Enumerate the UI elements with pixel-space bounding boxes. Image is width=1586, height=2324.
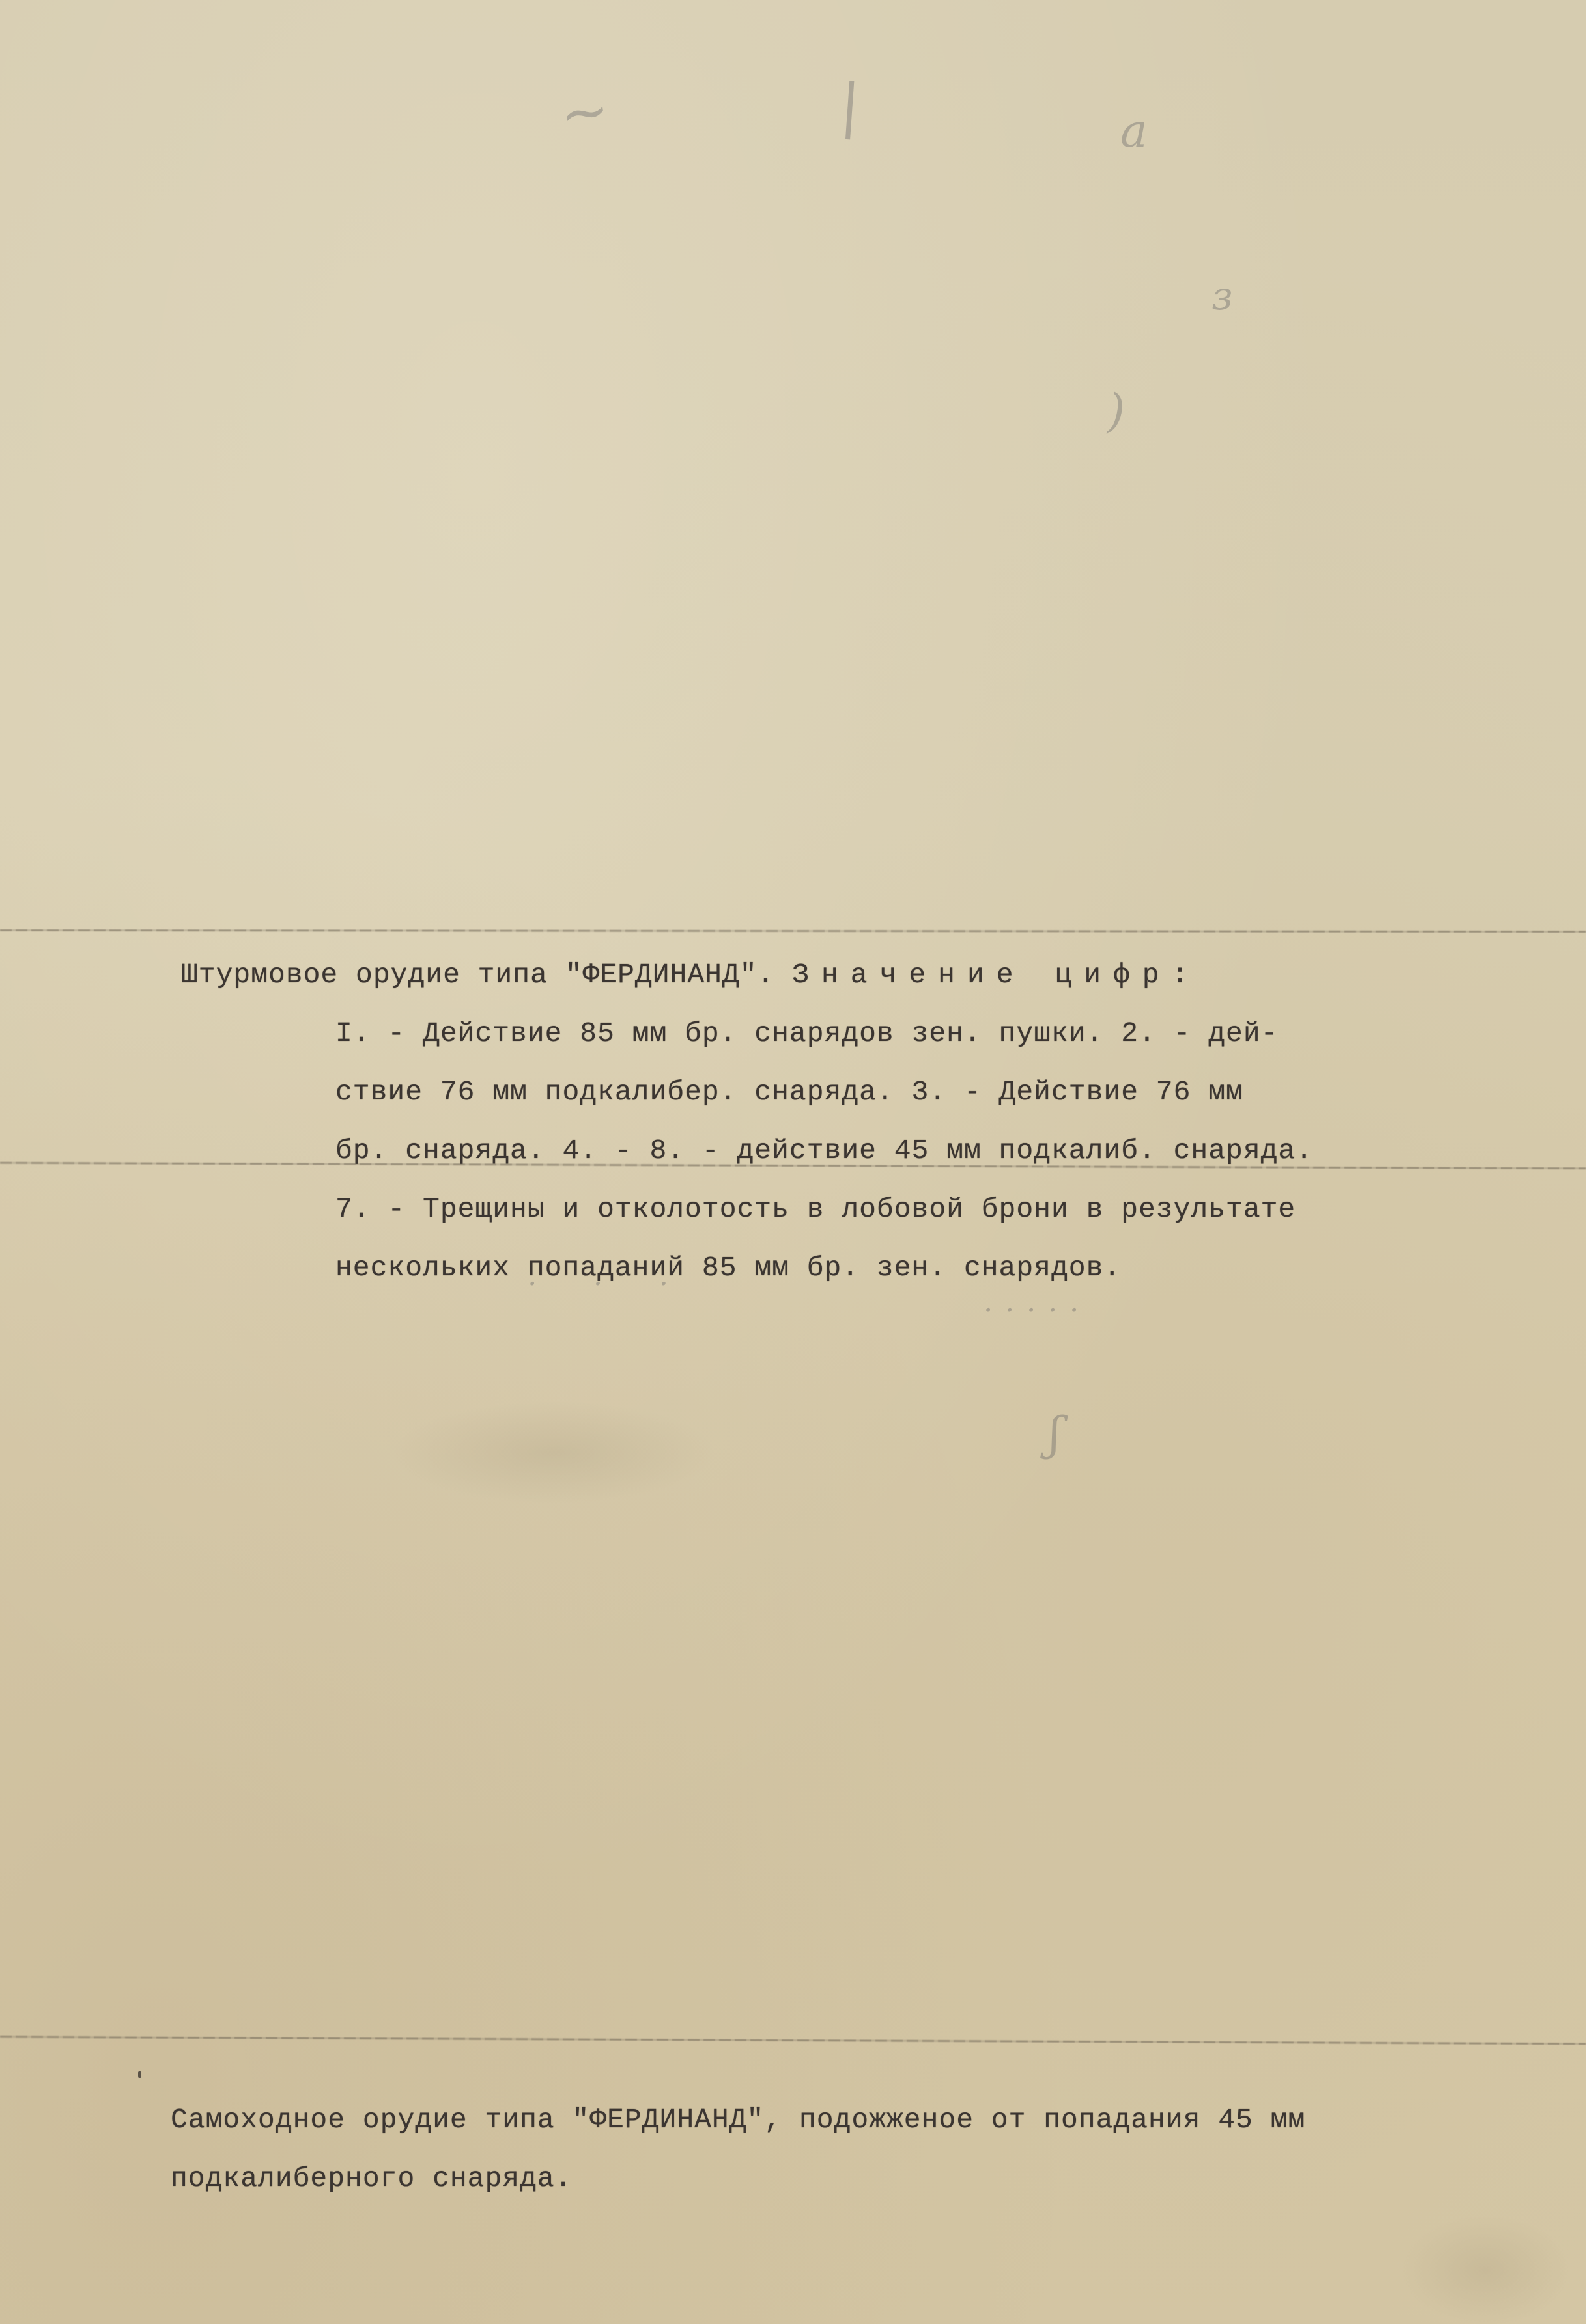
pencil-mark: з	[1211, 274, 1233, 319]
pencil-mark: )	[1107, 384, 1125, 438]
ink-speck	[138, 2071, 141, 2078]
pencil-mark: ~	[556, 75, 614, 149]
document-page: ~ | a з ) ˙ ˙ ˙ ˙˙˙˙˙ ʃ Штурмовое орудие…	[0, 0, 1586, 2324]
caption-1-line: I. - Действие 85 мм бр. снарядов зен. пу…	[335, 1024, 1313, 1043]
paper-stain	[1400, 2215, 1570, 2324]
caption-1-line: бр. снаряда. 4. - 8. - действие 45 мм по…	[335, 1141, 1313, 1161]
caption-2-line: подкалиберного снаряда.	[171, 2169, 1305, 2189]
caption-1-line: нескольких попаданий 85 мм бр. зен. снар…	[335, 1258, 1313, 1278]
fold-line	[0, 2036, 1586, 2045]
caption-1-body: I. - Действие 85 мм бр. снарядов зен. пу…	[335, 985, 1313, 1317]
paper-stain	[391, 1400, 716, 1505]
pencil-mark: a	[1120, 104, 1148, 158]
caption-1-line: 7. - Трещины и отколотость в лобовой бро…	[335, 1200, 1313, 1219]
pencil-mark: |	[838, 71, 862, 141]
caption-1-heading: Штурмовое орудие типа "ФЕРДИНАНД". Значе…	[181, 965, 1200, 985]
caption-1-line: ствие 76 мм подкалибер. снаряда. 3. - Де…	[335, 1083, 1313, 1102]
caption-2-line: Самоходное орудие типа "ФЕРДИНАНД", подо…	[171, 2110, 1305, 2130]
pencil-mark: ʃ	[1049, 1407, 1061, 1460]
caption-2: Самоходное орудие типа "ФЕРДИНАНД", подо…	[171, 2071, 1305, 2228]
fold-line	[0, 929, 1586, 933]
